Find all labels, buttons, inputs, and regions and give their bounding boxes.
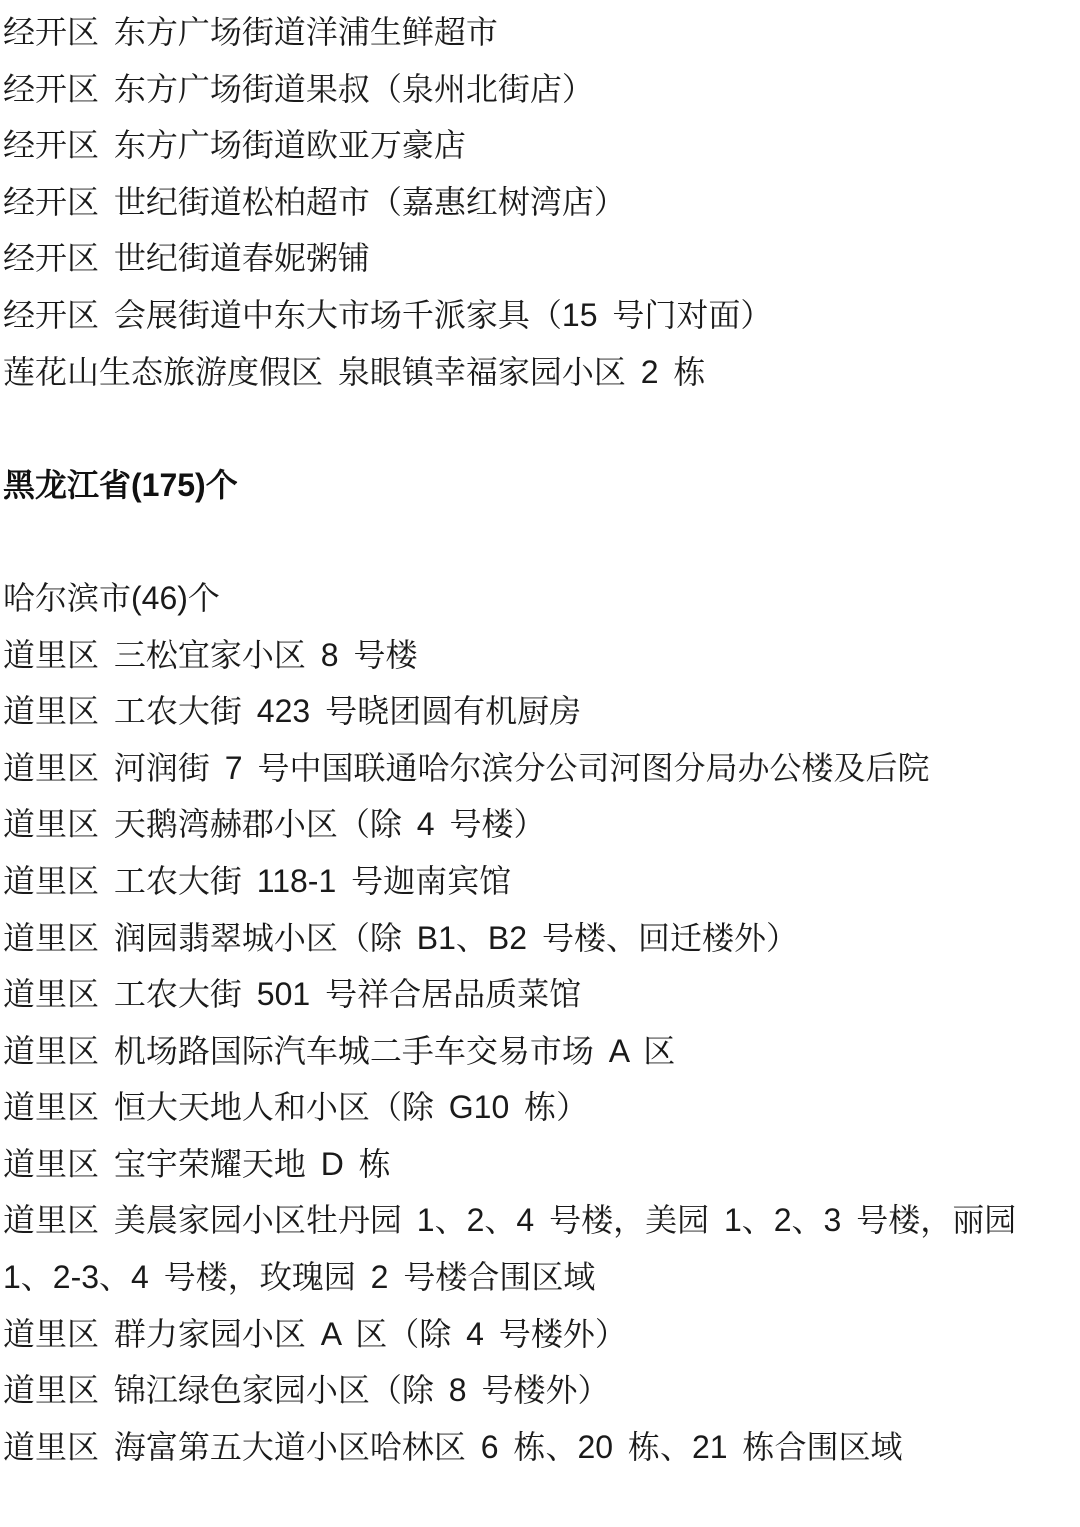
list-item: 道里区 海富第五大道小区哈林区 6 栋、20 栋、21 栋合围区域 bbox=[3, 1419, 1058, 1476]
list-item: 经开区 东方广场街道洋浦生鲜超市 bbox=[3, 4, 1058, 61]
list-item: 经开区 会展街道中东大市场千派家具（15 号门对面） bbox=[3, 287, 1058, 344]
list-item: 道里区 三松宜家小区 8 号楼 bbox=[3, 627, 1058, 684]
list-item: 道里区 工农大街 118-1 号迦南宾馆 bbox=[3, 853, 1058, 910]
list-item: 道里区 宝宇荣耀天地 D 栋 bbox=[3, 1136, 1058, 1193]
daoliqu-entries-list: 道里区 三松宜家小区 8 号楼道里区 工农大街 423 号晓团圆有机厨房道里区 … bbox=[3, 627, 1058, 1476]
list-item: 经开区 世纪街道春妮粥铺 bbox=[3, 230, 1058, 287]
list-item: 经开区 东方广场街道欧亚万豪店 bbox=[3, 117, 1058, 174]
list-item: 道里区 群力家园小区 A 区（除 4 号楼外） bbox=[3, 1306, 1058, 1363]
jingkaiqu-entries-list: 经开区 东方广场街道洋浦生鲜超市经开区 东方广场街道果叔（泉州北街店）经开区 东… bbox=[3, 4, 1058, 400]
list-item: 道里区 天鹅湾赫郡小区（除 4 号楼） bbox=[3, 796, 1058, 853]
list-item: 道里区 工农大街 423 号晓团圆有机厨房 bbox=[3, 683, 1058, 740]
city-heading: 哈尔滨市(46)个 bbox=[3, 570, 1058, 627]
list-item: 经开区 世纪街道松柏超市（嘉惠红树湾店） bbox=[3, 174, 1058, 231]
list-item: 道里区 润园翡翠城小区（除 B1、B2 号楼、回迁楼外） bbox=[3, 910, 1058, 967]
risk-area-list-page: 经开区 东方广场街道洋浦生鲜超市经开区 东方广场街道果叔（泉州北街店）经开区 东… bbox=[0, 0, 1080, 1527]
list-item: 道里区 美晨家园小区牡丹园 1、2、4 号楼，美园 1、2、3 号楼，丽园 1、… bbox=[3, 1192, 1058, 1305]
list-item: 道里区 机场路国际汽车城二手车交易市场 A 区 bbox=[3, 1023, 1058, 1080]
list-item: 道里区 工农大街 501 号祥合居品质菜馆 bbox=[3, 966, 1058, 1023]
province-heading: 黑龙江省(175)个 bbox=[3, 457, 1058, 514]
list-item: 道里区 河润街 7 号中国联通哈尔滨分公司河图分局办公楼及后院 bbox=[3, 740, 1058, 797]
list-item: 道里区 锦江绿色家园小区（除 8 号楼外） bbox=[3, 1362, 1058, 1419]
list-item: 莲花山生态旅游度假区 泉眼镇幸福家园小区 2 栋 bbox=[3, 344, 1058, 401]
list-item: 经开区 东方广场街道果叔（泉州北街店） bbox=[3, 61, 1058, 118]
list-item: 道里区 恒大天地人和小区（除 G10 栋） bbox=[3, 1079, 1058, 1136]
